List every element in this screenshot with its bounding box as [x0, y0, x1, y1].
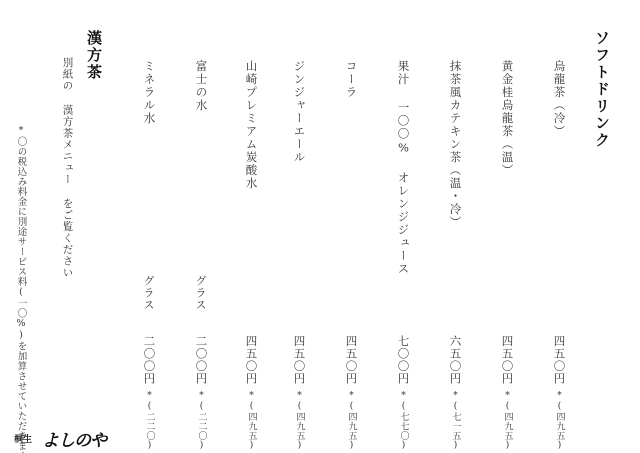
item-price: 四五〇円*(四九五): [501, 335, 513, 451]
item-name: 黄金桂烏龍茶（温）: [501, 60, 513, 177]
tax-price: *(二二〇): [197, 391, 207, 451]
price-value: 七〇〇円: [397, 335, 411, 385]
item-price: 四五〇円*(四九五): [245, 335, 257, 451]
item-name: ジンジャーエール: [293, 60, 305, 164]
tax-price: *(二二〇): [145, 391, 155, 451]
tax-price: *(四九五): [295, 391, 305, 451]
tax-price: *(四九五): [347, 391, 357, 451]
price-value: 二〇〇円: [143, 335, 157, 385]
item-price: 四五〇円*(四九五): [345, 335, 357, 451]
price-value: 六五〇円: [449, 335, 463, 385]
section-title-soft-drinks: ソフトドリンク: [594, 30, 609, 149]
tax-price: *(七七〇): [399, 391, 409, 451]
tax-price: *(七一五): [451, 391, 461, 451]
item-name: 烏龍茶（冷）: [553, 60, 565, 138]
item-price: 四五〇円*(四九五): [553, 335, 565, 451]
price-value: 四五〇円: [293, 335, 307, 385]
item-price: 六五〇円*(七一五): [449, 335, 461, 451]
item-name: 果汁 一〇〇% オレンジジュース: [397, 60, 409, 276]
tax-price: *(四九五): [503, 391, 513, 451]
item-price: 二〇〇円*(二二〇): [143, 335, 155, 451]
price-value: 四五〇円: [245, 335, 259, 385]
brand-logo: よしのや: [42, 426, 106, 451]
brand-prefix: 桐生: [14, 432, 32, 445]
price-value: 四五〇円: [345, 335, 359, 385]
item-size: グラス: [195, 275, 206, 311]
kampo-tea-note: 別紙の 漢方茶メニュー をご覧ください: [62, 57, 73, 279]
price-value: 二〇〇円: [195, 335, 209, 385]
service-charge-footnote: *〇の税込み料金に別途サービス料(一〇%)を加算させていただきます: [16, 125, 26, 453]
tax-price: *(四九五): [247, 391, 257, 451]
tax-price: *(四九五): [555, 391, 565, 451]
price-value: 四五〇円: [501, 335, 515, 385]
item-price: 二〇〇円*(二二〇): [195, 335, 207, 451]
brand: 桐生 よしのや: [14, 426, 106, 451]
item-price: 七〇〇円*(七七〇): [397, 335, 409, 451]
section-title-kampo-tea: 漢方茶: [86, 30, 101, 81]
item-price: 四五〇円*(四九五): [293, 335, 305, 451]
item-name: 山崎プレミアム炭酸水: [245, 60, 257, 190]
item-name: コーラ: [345, 60, 357, 99]
item-name: 抹茶風カテキン茶（温・冷）: [449, 60, 461, 229]
price-value: 四五〇円: [553, 335, 567, 385]
item-name: ミネラル水: [143, 60, 155, 125]
item-size: グラス: [143, 275, 154, 311]
item-name: 富士の水: [195, 60, 207, 112]
